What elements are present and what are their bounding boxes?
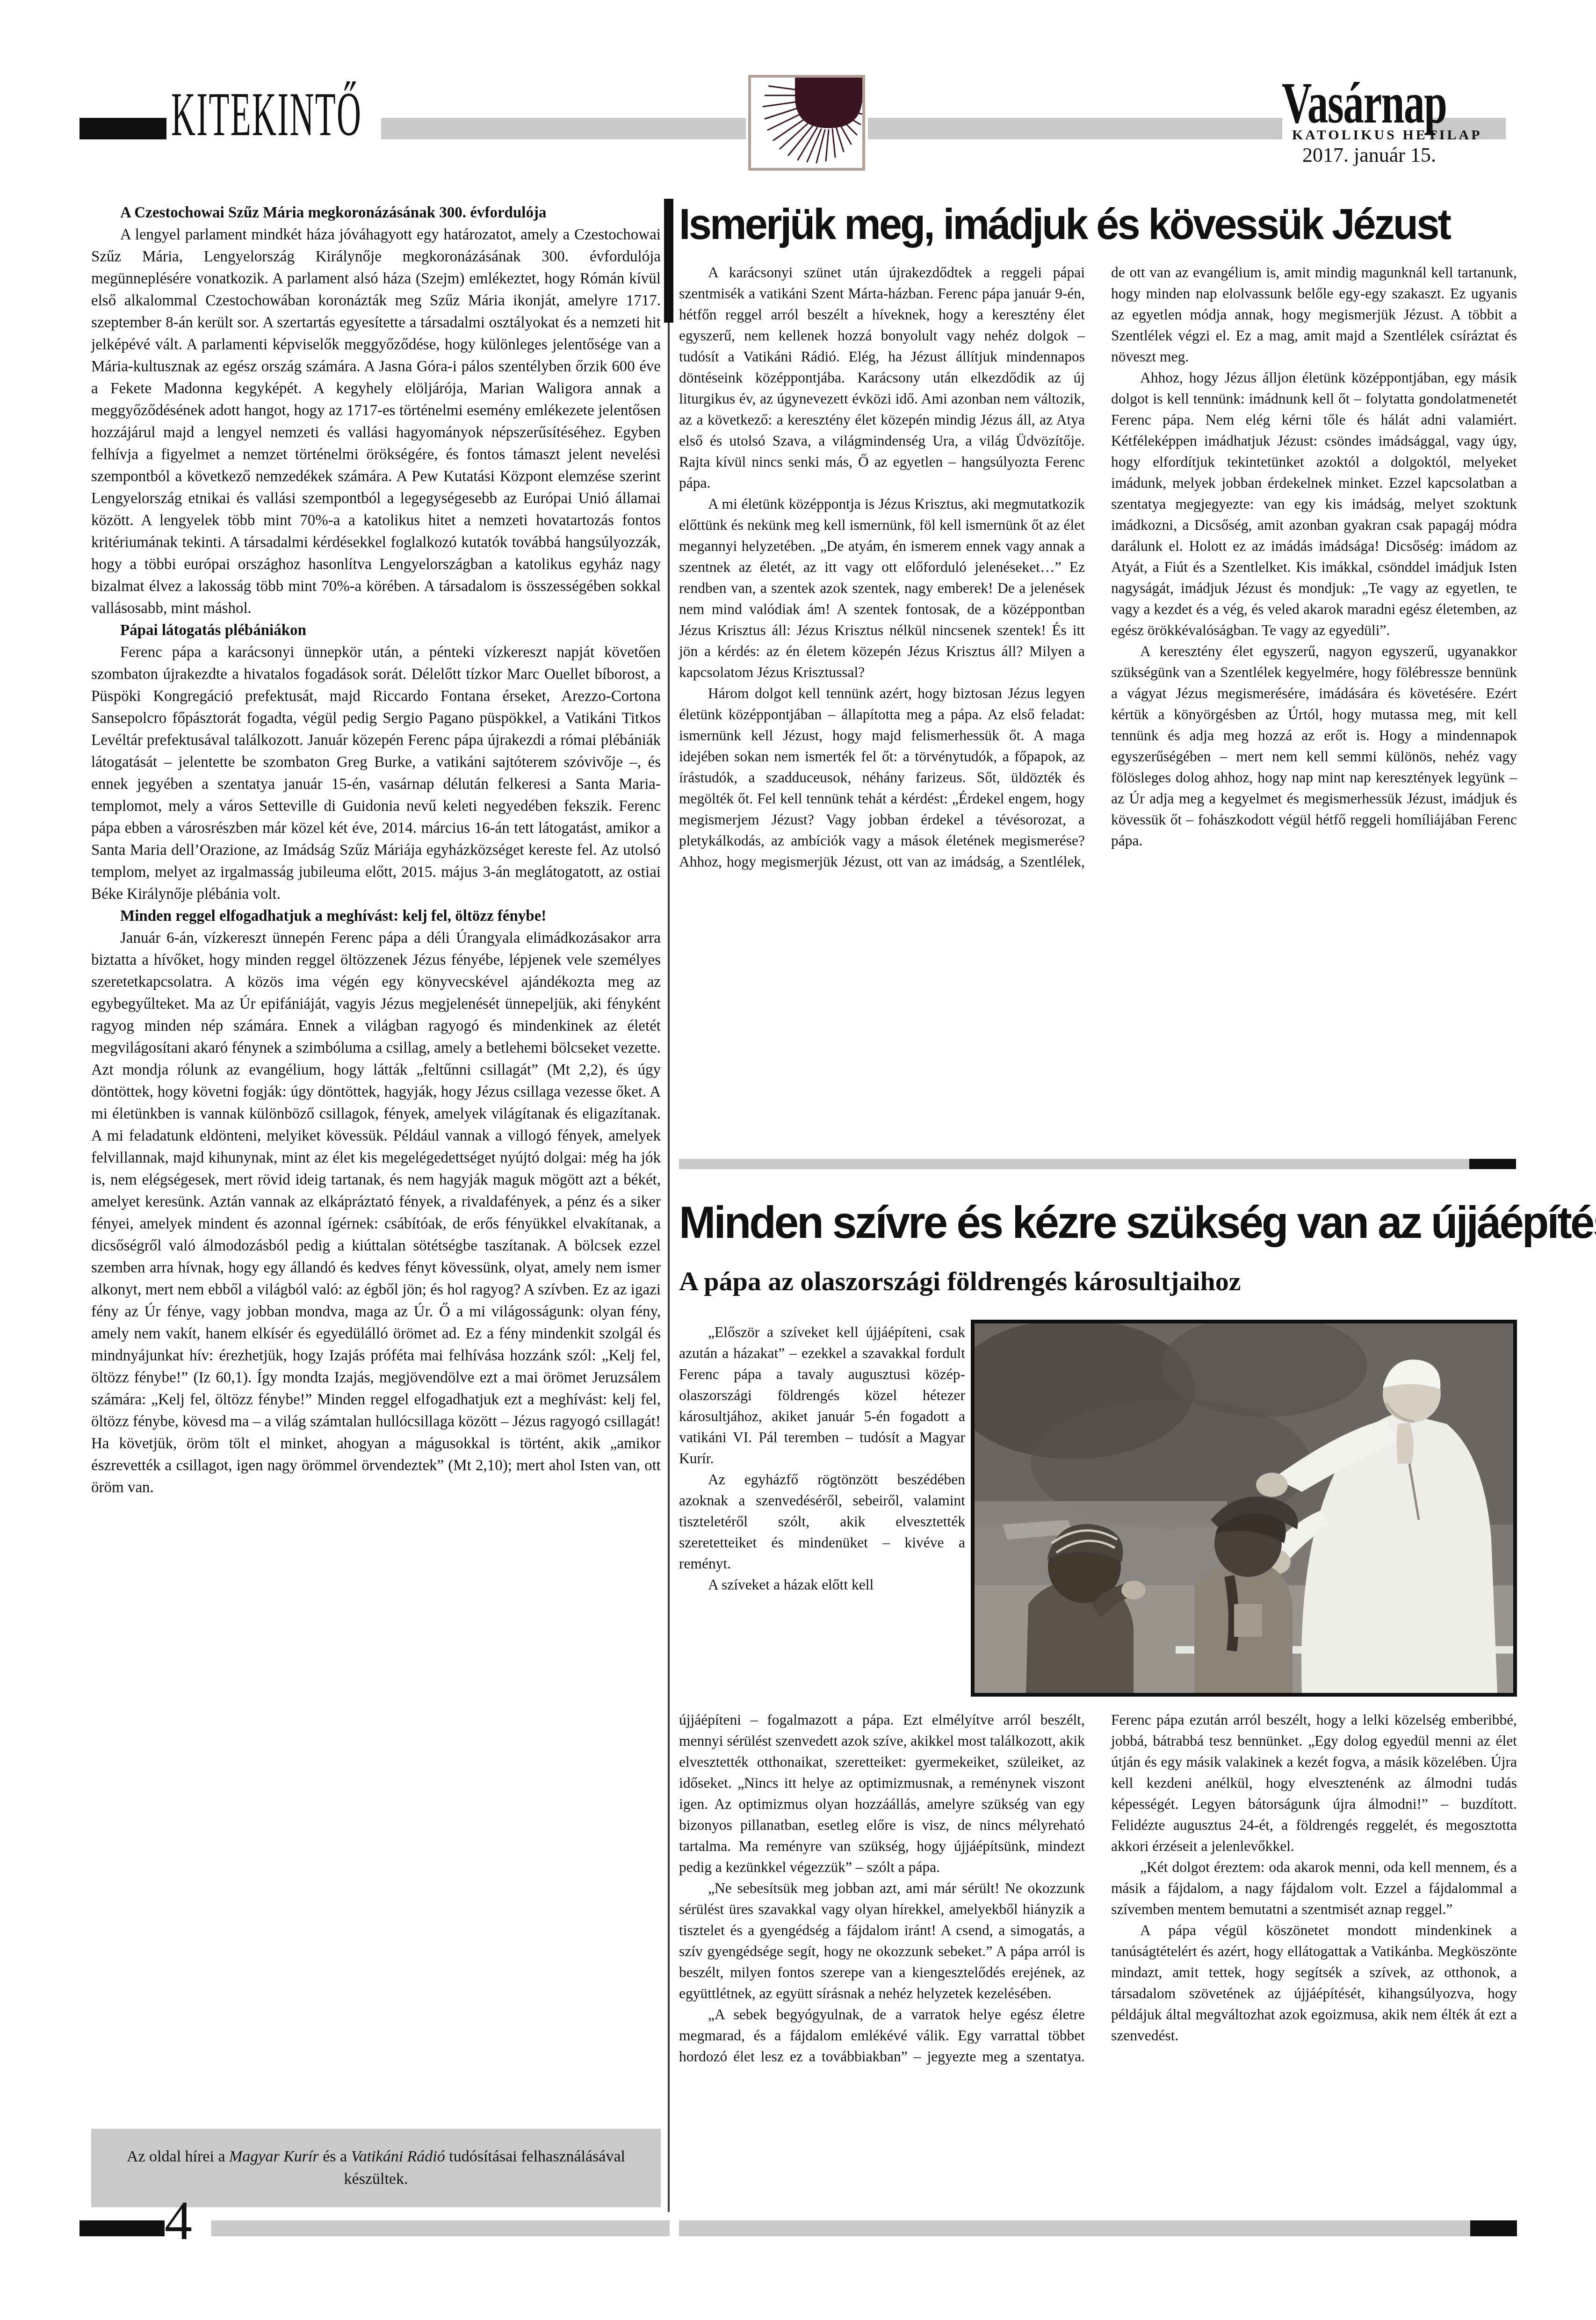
source-name: Magyar Kurír	[229, 2148, 319, 2165]
sources-note-middle: és a	[319, 2148, 351, 2165]
header-left-black-bar	[79, 118, 166, 139]
main-article-title: Ismerjük meg, imádjuk és kövessük Jézust	[679, 200, 1482, 249]
article-paragraph: A szíveket a házak előtt kell	[679, 1574, 965, 1595]
article-paragraph: Az egyházfő rögtönzött beszédében azokna…	[679, 1469, 965, 1574]
left-news-column: A Czestochowai Szűz Mária megkoronázásán…	[91, 202, 661, 1499]
source-name: Vatikáni Rádió	[351, 2148, 445, 2165]
sources-note-prefix: Az oldal hírei a	[127, 2148, 229, 2165]
footer-rule-segment	[211, 2220, 670, 2236]
article-paragraph: újjáépíteni – fogalmazott a pápa. Ezt el…	[679, 1709, 1085, 1878]
article-heading: A Czestochowai Szűz Mária megkoronázásán…	[91, 202, 661, 224]
article-divider-rule	[679, 1159, 1469, 1169]
article-paragraph: A lengyel parlament mindkét háza jóváhag…	[91, 224, 661, 620]
article-paragraph: A keresztény élet egyszerű, nagyon egysz…	[1111, 641, 1517, 851]
sunburst-logo-icon	[751, 78, 862, 168]
vertical-divider-thick	[664, 199, 673, 323]
article-paragraph: A karácsonyi szünet után újrakezdődtek a…	[679, 262, 1085, 493]
newspaper-logo	[748, 75, 865, 171]
quake-article-intro-column: „Először a szíveket kell újjáépíteni, cs…	[679, 1322, 965, 1595]
article-paragraph: Ferenc pápa a karácsonyi ünnepkör után, …	[91, 642, 661, 905]
article-heading: Pápai látogatás plébániákon	[91, 620, 661, 642]
masthead-title: Vasárnap	[1282, 70, 1446, 137]
article-paragraph: „Először a szíveket kell újjáépíteni, cs…	[679, 1322, 965, 1469]
page-number: 4	[165, 2193, 192, 2248]
footer-left-black-bar	[79, 2220, 165, 2236]
header-rule-segment	[868, 118, 1282, 139]
newspaper-page: KITEKINTŐ	[0, 0, 1596, 2320]
article-paragraph: Január 6-án, vízkereszt ünnepén Ferenc p…	[91, 927, 661, 1499]
quake-article-title: Minden szívre és kézre szükség van az új…	[679, 1197, 1499, 1249]
masthead-subtitle: KATOLIKUS HETILAP	[1292, 127, 1482, 143]
article-paragraph: Ahhoz, hogy Jézus álljon életünk középpo…	[1111, 367, 1517, 641]
issue-date: 2017. január 15.	[1302, 143, 1436, 167]
vertical-divider-thin	[668, 323, 670, 2212]
article-heading: Minden reggel elfogadhatjuk a meghívást:…	[91, 905, 661, 927]
article-paragraph: „Ne sebesítsük meg jobban azt, ami már s…	[679, 1878, 1085, 2004]
article-paragraph: A mi életünk középpontja is Jézus Kriszt…	[679, 493, 1085, 683]
pope-photo-illustration	[975, 1323, 1513, 1693]
quake-article-subtitle: A pápa az olaszországi földrengés károsu…	[679, 1265, 1516, 1297]
sources-note-text: Az oldal hírei a Magyar Kurír és a Vatik…	[110, 2146, 642, 2190]
header-rule-segment	[381, 118, 746, 139]
pope-with-children-photo	[971, 1320, 1517, 1697]
quake-article-body: újjáépíteni – fogalmazott a pápa. Ezt el…	[679, 1709, 1517, 2067]
article-divider-cap	[1469, 1159, 1516, 1169]
article-paragraph: „Két dolgot éreztem: oda akarok menni, o…	[1111, 1857, 1517, 1920]
footer-right-black-cap	[1470, 2220, 1517, 2236]
article-paragraph: A pápa végül köszönetet mondott mindenki…	[1111, 1920, 1517, 2046]
footer-rule-segment	[679, 2220, 1470, 2236]
section-label: KITEKINTŐ	[171, 79, 362, 150]
main-article-body: A karácsonyi szünet után újrakezdődtek a…	[679, 262, 1517, 872]
